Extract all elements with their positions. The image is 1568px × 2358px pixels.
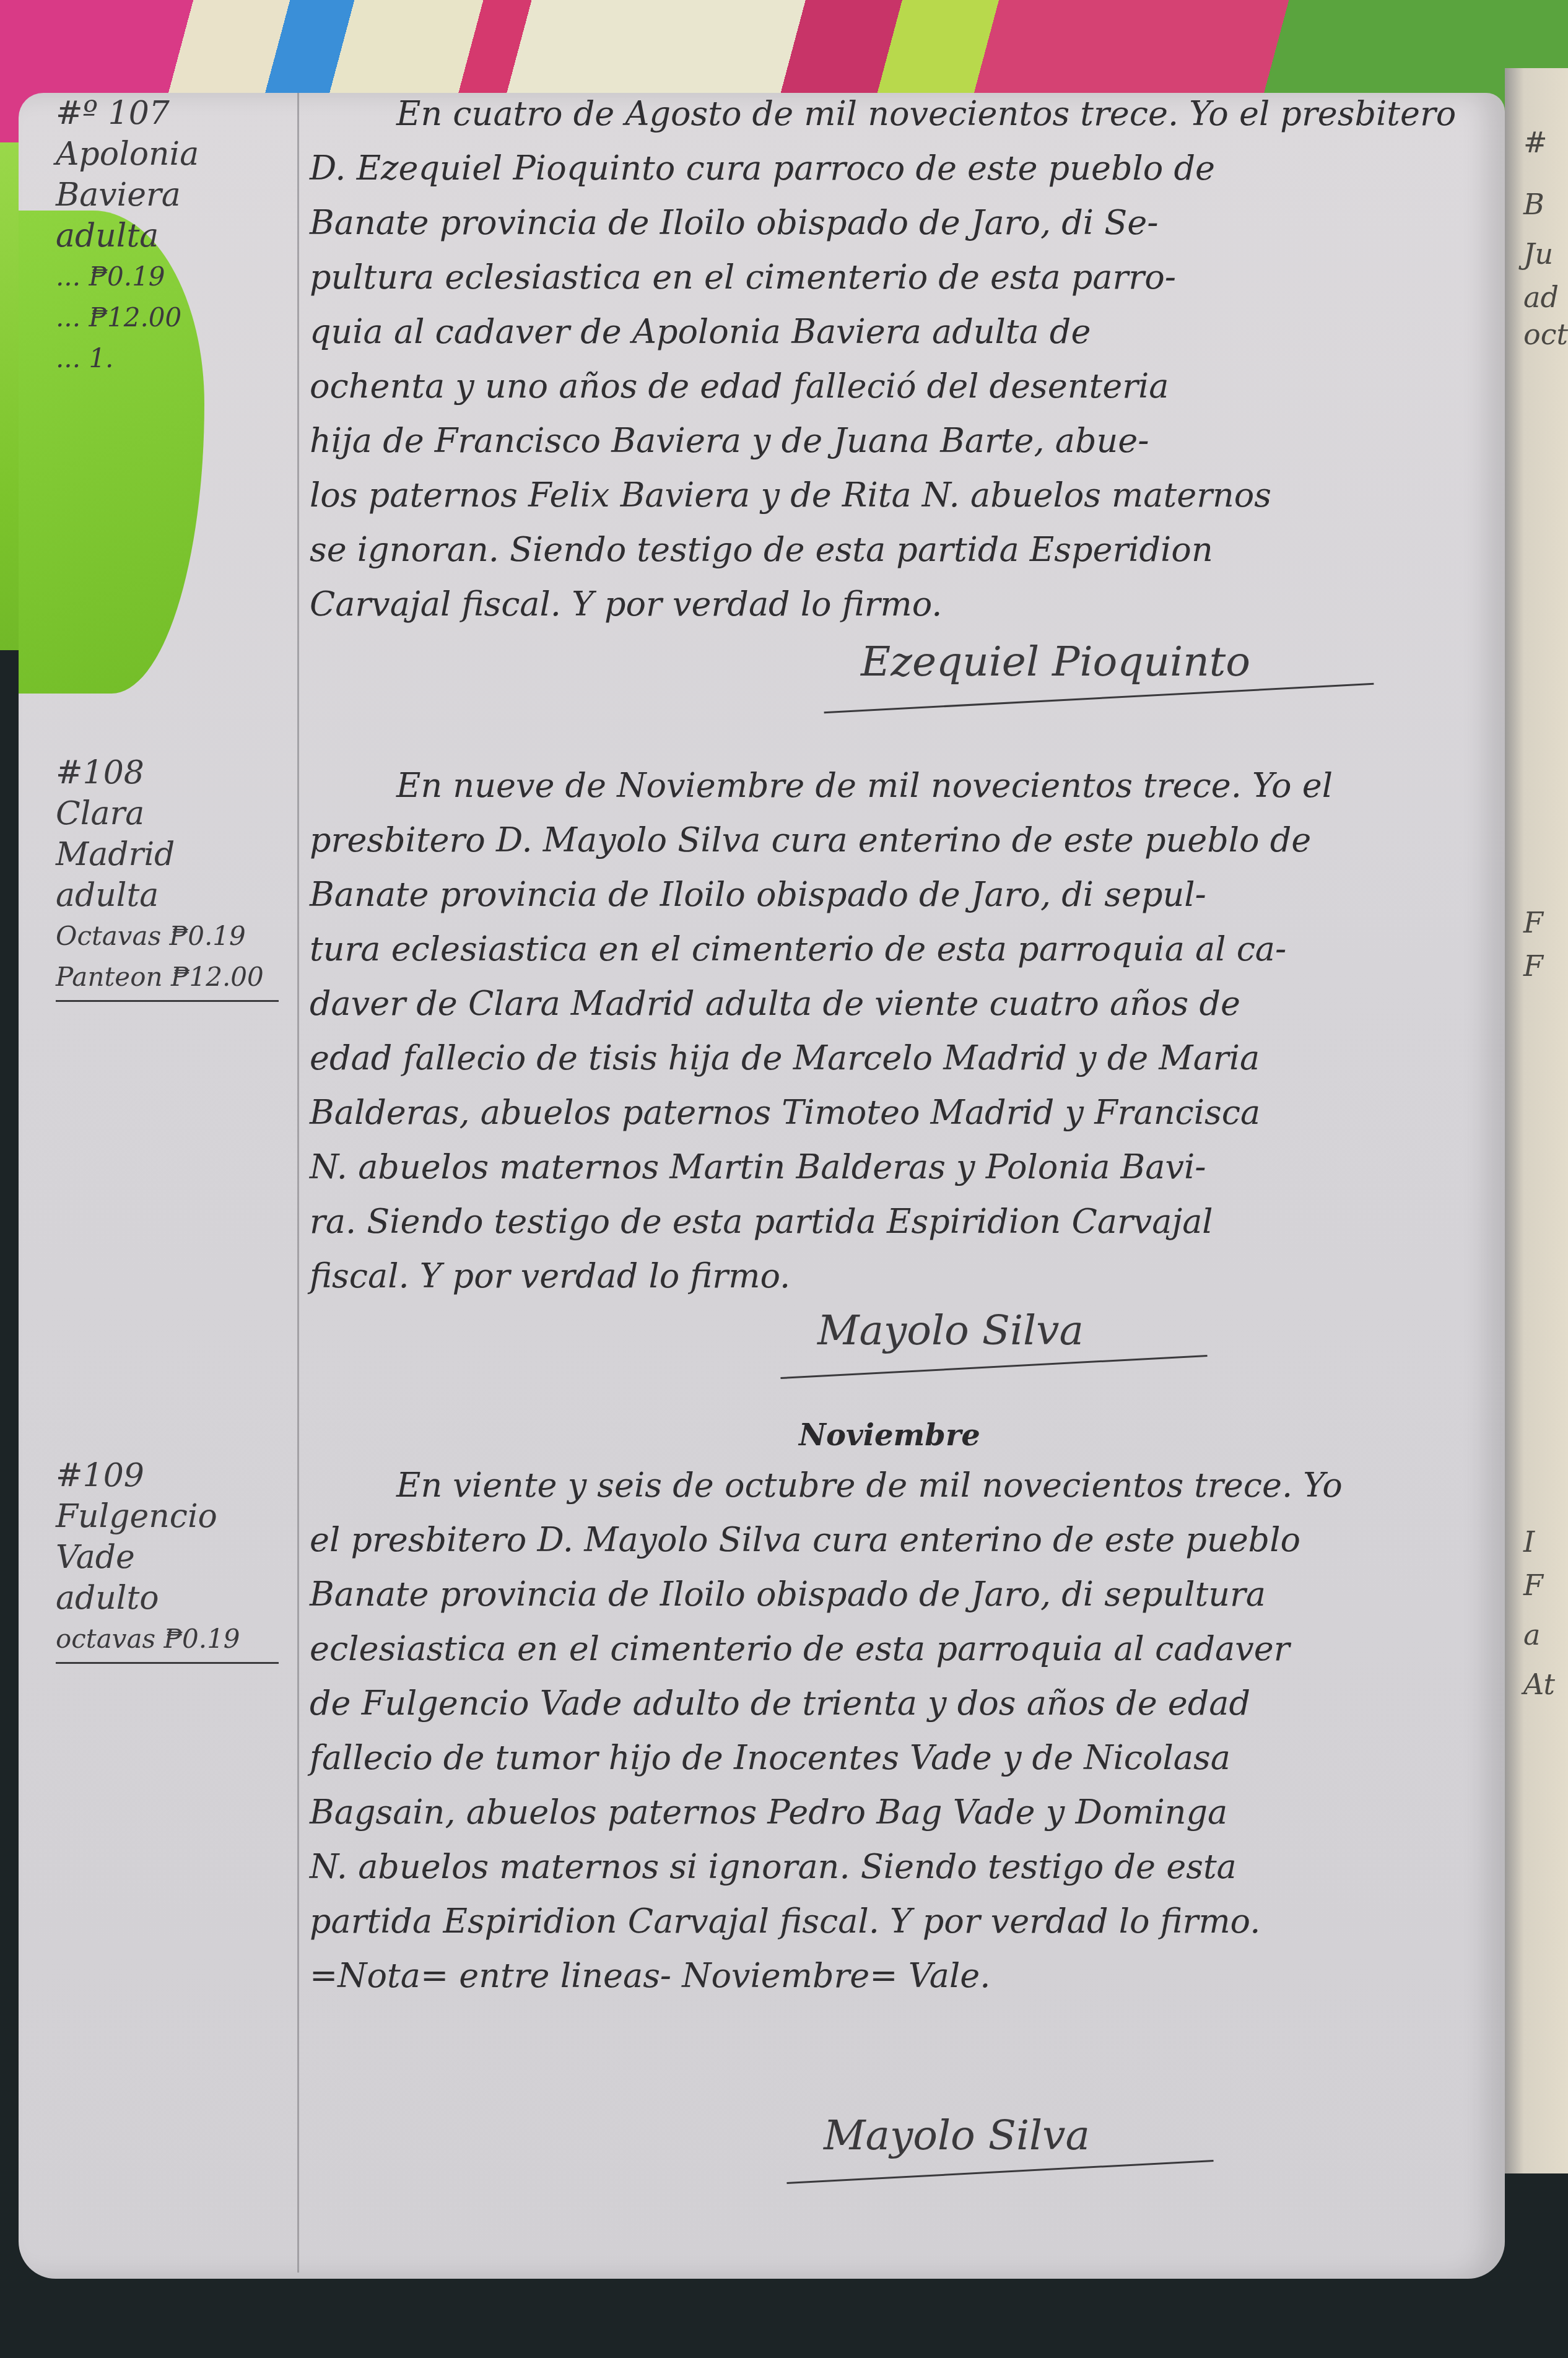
signature-text: Mayolo Silva xyxy=(817,1307,1084,1354)
entry-109-text: En viente y seis de octubre de mil novec… xyxy=(310,1458,1486,2003)
entry-number: #108 xyxy=(56,752,291,793)
margin-entry-108: #108 Clara Madrid adulta Octavas ₱0.19 P… xyxy=(56,752,291,1002)
adjacent-text: F xyxy=(1523,1567,1543,1604)
entry-line: En cuatro de Agosto de mil novecientos t… xyxy=(310,87,1486,141)
deceased-surname: Baviera xyxy=(56,175,291,215)
entry-line: de Fulgencio Vade adulto de trienta y do… xyxy=(310,1676,1486,1731)
signature-pioquinto: Ezequiel Pioquinto xyxy=(861,638,1250,685)
entry-line: =Nota= entre lineas- Noviembre= Vale. xyxy=(310,1949,1486,2003)
interlinear-correction: Noviembre xyxy=(799,1418,980,1453)
entry-line: ra. Siendo testigo de esta partida Espir… xyxy=(310,1194,1486,1249)
fee-panteon: ... ₱12.00 xyxy=(56,297,291,338)
entry-line: el presbitero D. Mayolo Silva cura enter… xyxy=(310,1513,1486,1567)
entry-line: los paternos Felix Baviera y de Rita N. … xyxy=(310,468,1486,523)
margin-entry-109: #109 Fulgencio Vade adulto octavas ₱0.19 xyxy=(56,1455,291,1664)
entry-line: partida Espiridion Carvajal fiscal. Y po… xyxy=(310,1894,1486,1949)
entry-line: Bagsain, abuelos paternos Pedro Bag Vade… xyxy=(310,1785,1486,1840)
entry-line: Banate provincia de Iloilo obispado de J… xyxy=(310,196,1486,250)
margin-entry-107: #º 107 Apolonia Baviera adulta ... ₱0.19… xyxy=(56,93,291,379)
entry-number: #º 107 xyxy=(56,93,291,134)
adjacent-text: # xyxy=(1523,124,1548,161)
deceased-first-name: Apolonia xyxy=(56,134,291,175)
entry-line: fallecio de tumor hijo de Inocentes Vade… xyxy=(310,1731,1486,1785)
fee-octavas: ... ₱0.19 xyxy=(56,256,291,297)
entry-line: daver de Clara Madrid adulta de viente c… xyxy=(310,977,1486,1031)
fee-panteon: Panteon ₱12.00 xyxy=(56,957,291,998)
fee-octavas: Octavas ₱0.19 xyxy=(56,916,291,957)
entry-line: N. abuelos maternos si ignoran. Siendo t… xyxy=(310,1840,1486,1894)
deceased-first-name: Fulgencio xyxy=(56,1496,291,1537)
age-class: adulto xyxy=(56,1578,291,1619)
entry-line: Balderas, abuelos paternos Timoteo Madri… xyxy=(310,1085,1486,1140)
signature-text: Mayolo Silva xyxy=(824,2112,1090,2159)
entry-line: En nueve de Noviembre de mil novecientos… xyxy=(310,759,1486,813)
age-class: adulta xyxy=(56,875,291,916)
adjacent-text: ad xyxy=(1523,279,1559,316)
adjacent-text: At xyxy=(1523,1666,1555,1703)
adjacent-text: Ju xyxy=(1523,235,1553,272)
entry-107-text: En cuatro de Agosto de mil novecientos t… xyxy=(310,87,1486,632)
adjacent-text: a xyxy=(1523,1616,1540,1653)
margin-underline xyxy=(56,1662,279,1664)
age-class: adulta xyxy=(56,215,291,256)
entry-line: ochenta y uno años de edad falleció del … xyxy=(310,359,1486,414)
entry-line: fiscal. Y por verdad lo firmo. xyxy=(310,1249,1486,1303)
entry-line: edad fallecio de tisis hija de Marcelo M… xyxy=(310,1031,1486,1085)
margin-underline xyxy=(56,1000,279,1002)
adjacent-text: B xyxy=(1523,186,1544,223)
entry-line: presbitero D. Mayolo Silva cura enterino… xyxy=(310,813,1486,868)
entry-108-text: En nueve de Noviembre de mil novecientos… xyxy=(310,759,1486,1303)
entry-line: pultura eclesiastica en el cimenterio de… xyxy=(310,250,1486,305)
entry-line: quia al cadaver de Apolonia Baviera adul… xyxy=(310,305,1486,359)
entry-line: se ignoran. Siendo testigo de esta parti… xyxy=(310,523,1486,577)
signature-text: Ezequiel Pioquinto xyxy=(861,638,1250,685)
entry-line: Carvajal fiscal. Y por verdad lo firmo. xyxy=(310,577,1486,632)
fee-octavas: octavas ₱0.19 xyxy=(56,1619,291,1660)
signature-silva-109: Mayolo Silva xyxy=(824,2112,1090,2159)
entry-line: hija de Francisco Baviera y de Juana Bar… xyxy=(310,414,1486,468)
entry-line: Banate provincia de Iloilo obispado de J… xyxy=(310,1567,1486,1622)
entry-line: tura eclesiastica en el cimenterio de es… xyxy=(310,922,1486,977)
deceased-surname: Vade xyxy=(56,1537,291,1578)
entry-line: D. Ezequiel Pioquinto cura parroco de es… xyxy=(310,141,1486,196)
margin-rule xyxy=(297,93,299,2273)
adjacent-page-edge: # B Ju ad oct F F I F a At xyxy=(1505,68,1568,2173)
signature-silva-108: Mayolo Silva xyxy=(817,1307,1084,1354)
adjacent-text: F xyxy=(1523,904,1543,941)
adjacent-text: F xyxy=(1523,947,1543,985)
deceased-first-name: Clara xyxy=(56,793,291,834)
deceased-surname: Madrid xyxy=(56,834,291,875)
entry-line: eclesiastica en el cimenterio de esta pa… xyxy=(310,1622,1486,1676)
entry-line: Banate provincia de Iloilo obispado de J… xyxy=(310,868,1486,922)
fee-total: ... 1. xyxy=(56,338,291,379)
adjacent-text: oct xyxy=(1523,316,1568,353)
entry-line: En viente y seis de octubre de mil novec… xyxy=(310,1458,1486,1513)
adjacent-text: I xyxy=(1523,1523,1535,1560)
entry-line: N. abuelos maternos Martin Balderas y Po… xyxy=(310,1140,1486,1194)
entry-number: #109 xyxy=(56,1455,291,1496)
